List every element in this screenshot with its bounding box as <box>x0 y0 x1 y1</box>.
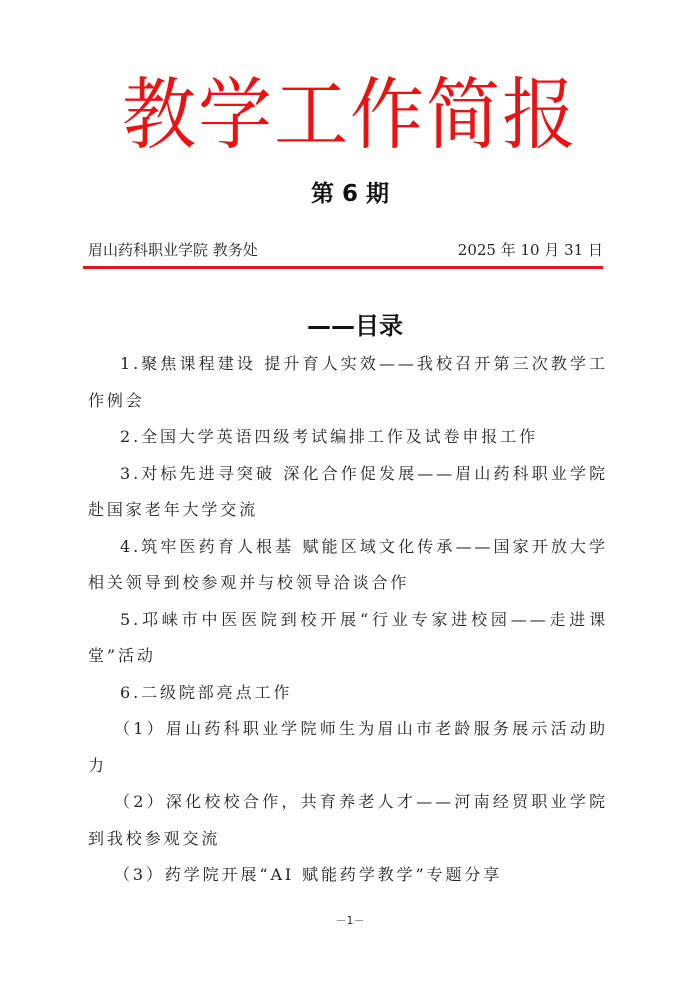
toc-item-5[interactable]: 5.邛崃市中医医院到校开展“行业专家进校园——走进课堂”活动 <box>88 602 608 675</box>
publication-date: 2025 年 10 月 31 日 <box>458 239 603 260</box>
page-number: －1－ <box>0 912 700 928</box>
publication-meta: 眉山药科职业学院 教务处 2025 年 10 月 31 日 <box>88 237 603 261</box>
publisher-label: 眉山药科职业学院 教务处 <box>88 239 258 260</box>
toc-item-1[interactable]: 1.聚焦课程建设 提升育人实效——我校召开第三次教学工作例会 <box>88 346 608 419</box>
bulletin-title: 教学工作简报 <box>0 68 700 163</box>
issue-number: 第 6 期 <box>0 178 700 210</box>
toc-item-3[interactable]: 3.对标先进寻突破 深化合作促发展——眉山药科职业学院赴国家老年大学交流 <box>88 456 608 529</box>
bulletin-page: 教学工作简报 第 6 期 眉山药科职业学院 教务处 2025 年 10 月 31… <box>0 0 700 989</box>
header-divider <box>83 266 603 269</box>
toc-heading: ——目录 <box>0 308 700 344</box>
toc-subitem-6-2[interactable]: （2）深化校校合作，共育养老人才——河南经贸职业学院到我校参观交流 <box>88 784 608 857</box>
toc-subitem-6-3[interactable]: （3）药学院开展“AI 赋能药学教学”专题分享 <box>88 857 608 894</box>
toc-subitem-6-1[interactable]: （1）眉山药科职业学院师生为眉山市老龄服务展示活动助力 <box>88 711 608 784</box>
toc-item-4[interactable]: 4.筑牢医药育人根基 赋能区域文化传承——国家开放大学相关领导到校参观并与校领导… <box>88 529 608 602</box>
toc-item-6[interactable]: 6.二级院部亮点工作 <box>88 675 608 712</box>
toc-item-2[interactable]: 2.全国大学英语四级考试编排工作及试卷申报工作 <box>88 419 608 456</box>
table-of-contents: 1.聚焦课程建设 提升育人实效——我校召开第三次教学工作例会 2.全国大学英语四… <box>88 346 608 894</box>
